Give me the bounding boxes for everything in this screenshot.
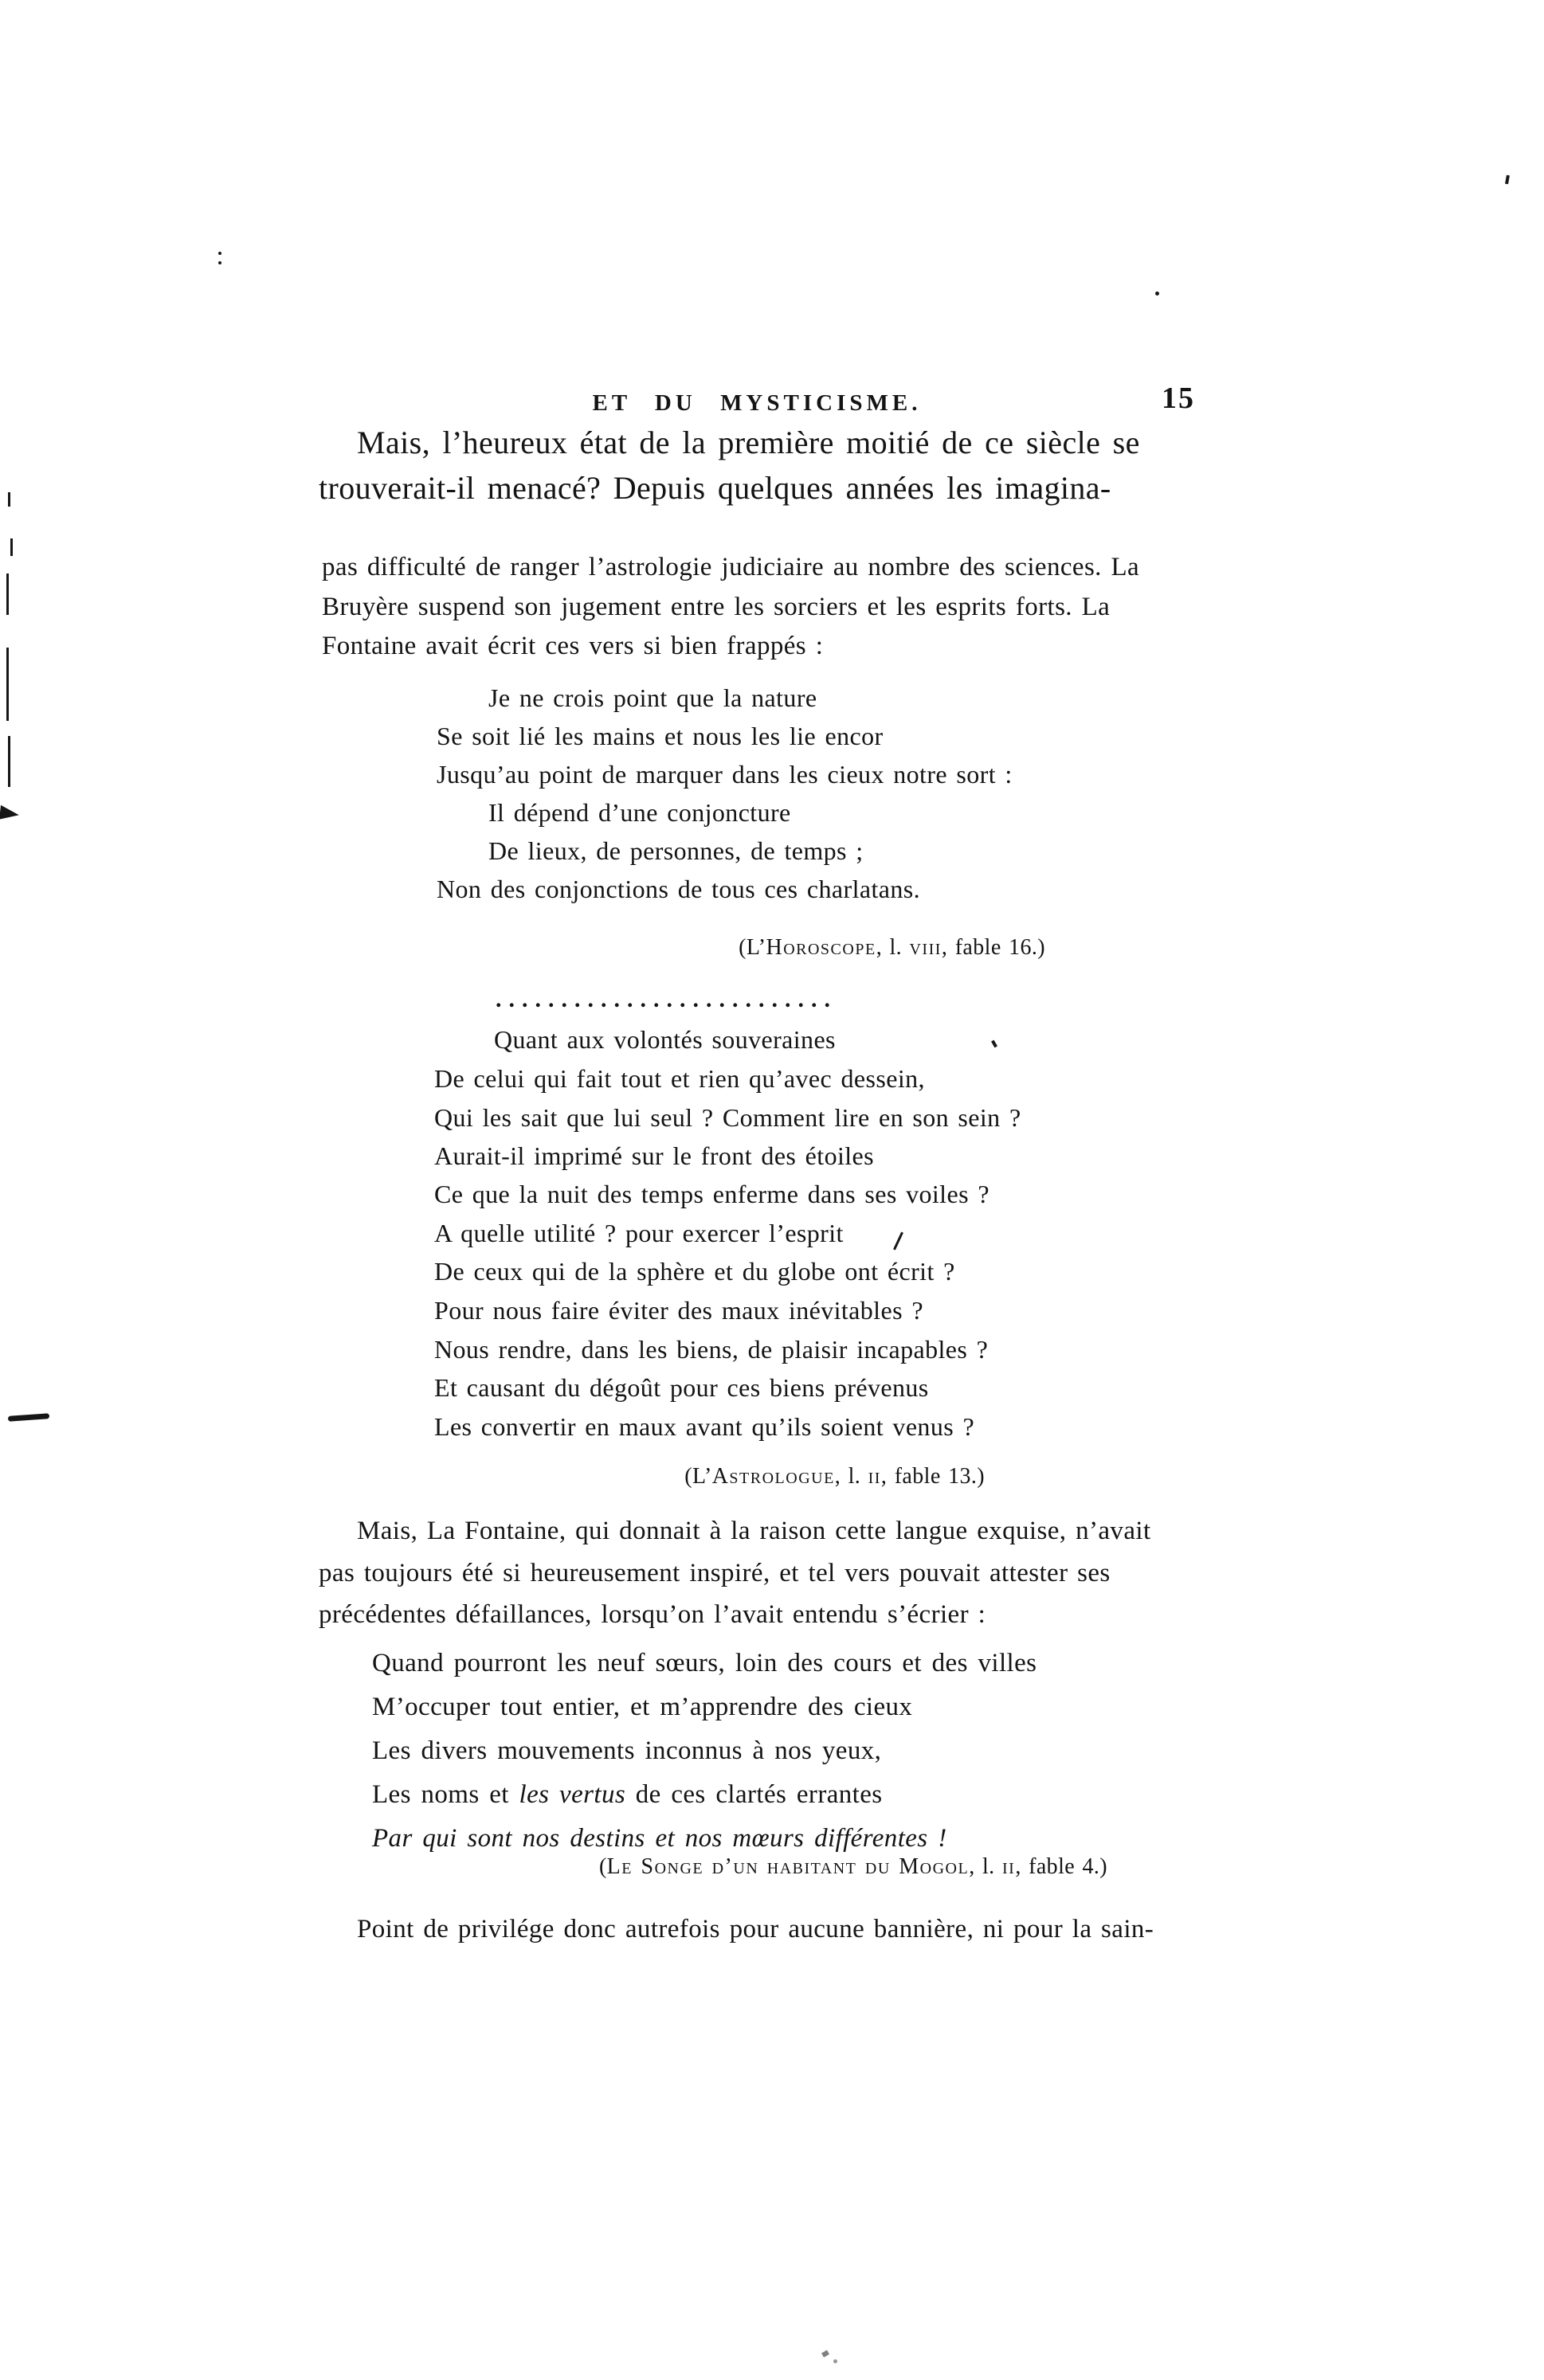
intro-line: trouverait-il menacé? Depuis quelques an… [319, 472, 1111, 504]
attr-book-numeral: ii [868, 1464, 881, 1489]
verse-line: Qui les sait que lui seul ? Comment lire… [434, 1105, 1021, 1130]
attr-work-title: Astrologue [712, 1464, 835, 1489]
verse-line: Jusqu’au point de marquer dans les cieux… [437, 761, 1013, 787]
verse-line: Pour nous faire éviter des maux inévitab… [434, 1298, 923, 1323]
attr-work-title: Le Songe d’un habitant du Mogol [607, 1854, 970, 1879]
margin-stroke-mark [10, 538, 13, 556]
attr-mid: , l. [835, 1464, 868, 1489]
verse-line: Je ne crois point que la nature [488, 685, 817, 710]
paragraph-line: Mais, La Fontaine, qui donnait à la rais… [357, 1518, 1151, 1544]
ink-speck [1155, 292, 1159, 296]
ink-speck [991, 1040, 997, 1048]
verse-line: Se soit lié les mains et nous les lie en… [437, 723, 884, 749]
ink-speck [821, 2350, 829, 2357]
attribution-mogol: (Le Songe d’un habitant du Mogol, l. ii,… [319, 1856, 1107, 1878]
margin-stroke-mark [6, 573, 9, 615]
verse-segment: Les noms et [372, 1780, 519, 1809]
passage-line: pas difficulté de ranger l’astrologie ju… [322, 554, 1139, 581]
attr-tail: , fable 13.) [881, 1464, 985, 1489]
verse-line: Les noms et les vertus de ces clartés er… [372, 1782, 883, 1808]
verse-line: Les convertir en maux avant qu’ils soien… [434, 1414, 974, 1439]
margin-arrow-mark [0, 805, 20, 821]
passage-line: Bruyère suspend son jugement entre les s… [322, 594, 1110, 620]
margin-stroke-mark [6, 648, 9, 721]
verse-line: Nous rendre, dans les biens, de plaisir … [434, 1337, 988, 1362]
margin-dash-mark [8, 1413, 49, 1422]
verse-line: Quand pourront les neuf sœurs, loin des … [372, 1650, 1037, 1677]
book-page: ET DU MYSTICISME. 15 Mais, l’heureux éta… [0, 0, 1544, 2380]
attr-book-numeral: viii [909, 935, 941, 960]
attr-tail: , fable 4.) [1015, 1854, 1107, 1879]
ink-speck [1505, 175, 1510, 185]
closing-line: Point de privilége donc autrefois pour a… [357, 1916, 1154, 1943]
attr-tail: , fable 16.) [942, 935, 1045, 960]
page-number: 15 [1099, 381, 1195, 416]
margin-stroke-mark [8, 492, 10, 507]
verse-line-italic: Par qui sont nos destins et nos mœurs di… [372, 1826, 947, 1852]
running-title: ET DU MYSTICISME. [319, 390, 1195, 417]
attr-work-title: Horoscope [766, 935, 876, 960]
verse-line: Aurait-il imprimé sur le front des étoil… [434, 1143, 874, 1168]
verse-line: De lieux, de personnes, de temps ; [488, 838, 864, 863]
verse-line: Quant aux volontés souveraines [494, 1027, 836, 1052]
margin-stroke-mark [8, 736, 10, 787]
paragraph-line: précédentes défaillances, lorsqu’on l’av… [319, 1602, 986, 1628]
attr-mid: , l. [969, 1854, 1002, 1879]
ellipsis-row: .......................... [496, 988, 837, 1012]
verse-line: Les divers mouvements inconnus à nos yeu… [372, 1738, 881, 1764]
verse-segment: de ces clartés errantes [625, 1780, 882, 1809]
verse-line: De ceux qui de la sphère et du globe ont… [434, 1259, 955, 1284]
attr-open: (L’ [739, 935, 766, 960]
attr-open: ( [599, 1854, 607, 1879]
verse-line: Et causant du dégoût pour ces biens prév… [434, 1375, 929, 1400]
verse-segment-italic: les vertus [519, 1780, 626, 1809]
verse-line: Non des conjonctions de tous ces charlat… [437, 876, 920, 902]
verse-line: Ce que la nuit des temps enferme dans se… [434, 1181, 989, 1207]
verse-line: A quelle utilité ? pour exercer l’esprit [434, 1220, 844, 1246]
passage-line: Fontaine avait écrit ces vers si bien fr… [322, 633, 823, 660]
verse-line: M’occuper tout entier, et m’apprendre de… [372, 1694, 912, 1720]
attr-open: (L’ [684, 1464, 711, 1489]
verse-line: De celui qui fait tout et rien qu’avec d… [434, 1066, 925, 1091]
attribution-astrologue: (L’Astrologue, l. ii, fable 13.) [319, 1466, 985, 1488]
verse-line: Il dépend d’une conjoncture [488, 800, 791, 825]
ink-speck [218, 252, 221, 255]
attr-mid: , l. [876, 935, 910, 960]
attr-book-numeral: ii [1002, 1854, 1015, 1879]
ink-speck [833, 2359, 837, 2363]
ink-speck [893, 1231, 903, 1250]
attribution-horoscope: (L’Horoscope, l. viii, fable 16.) [319, 937, 1045, 959]
paragraph-line: pas toujours été si heureusement inspiré… [319, 1560, 1111, 1587]
intro-line: Mais, l’heureux état de la première moit… [357, 427, 1140, 459]
